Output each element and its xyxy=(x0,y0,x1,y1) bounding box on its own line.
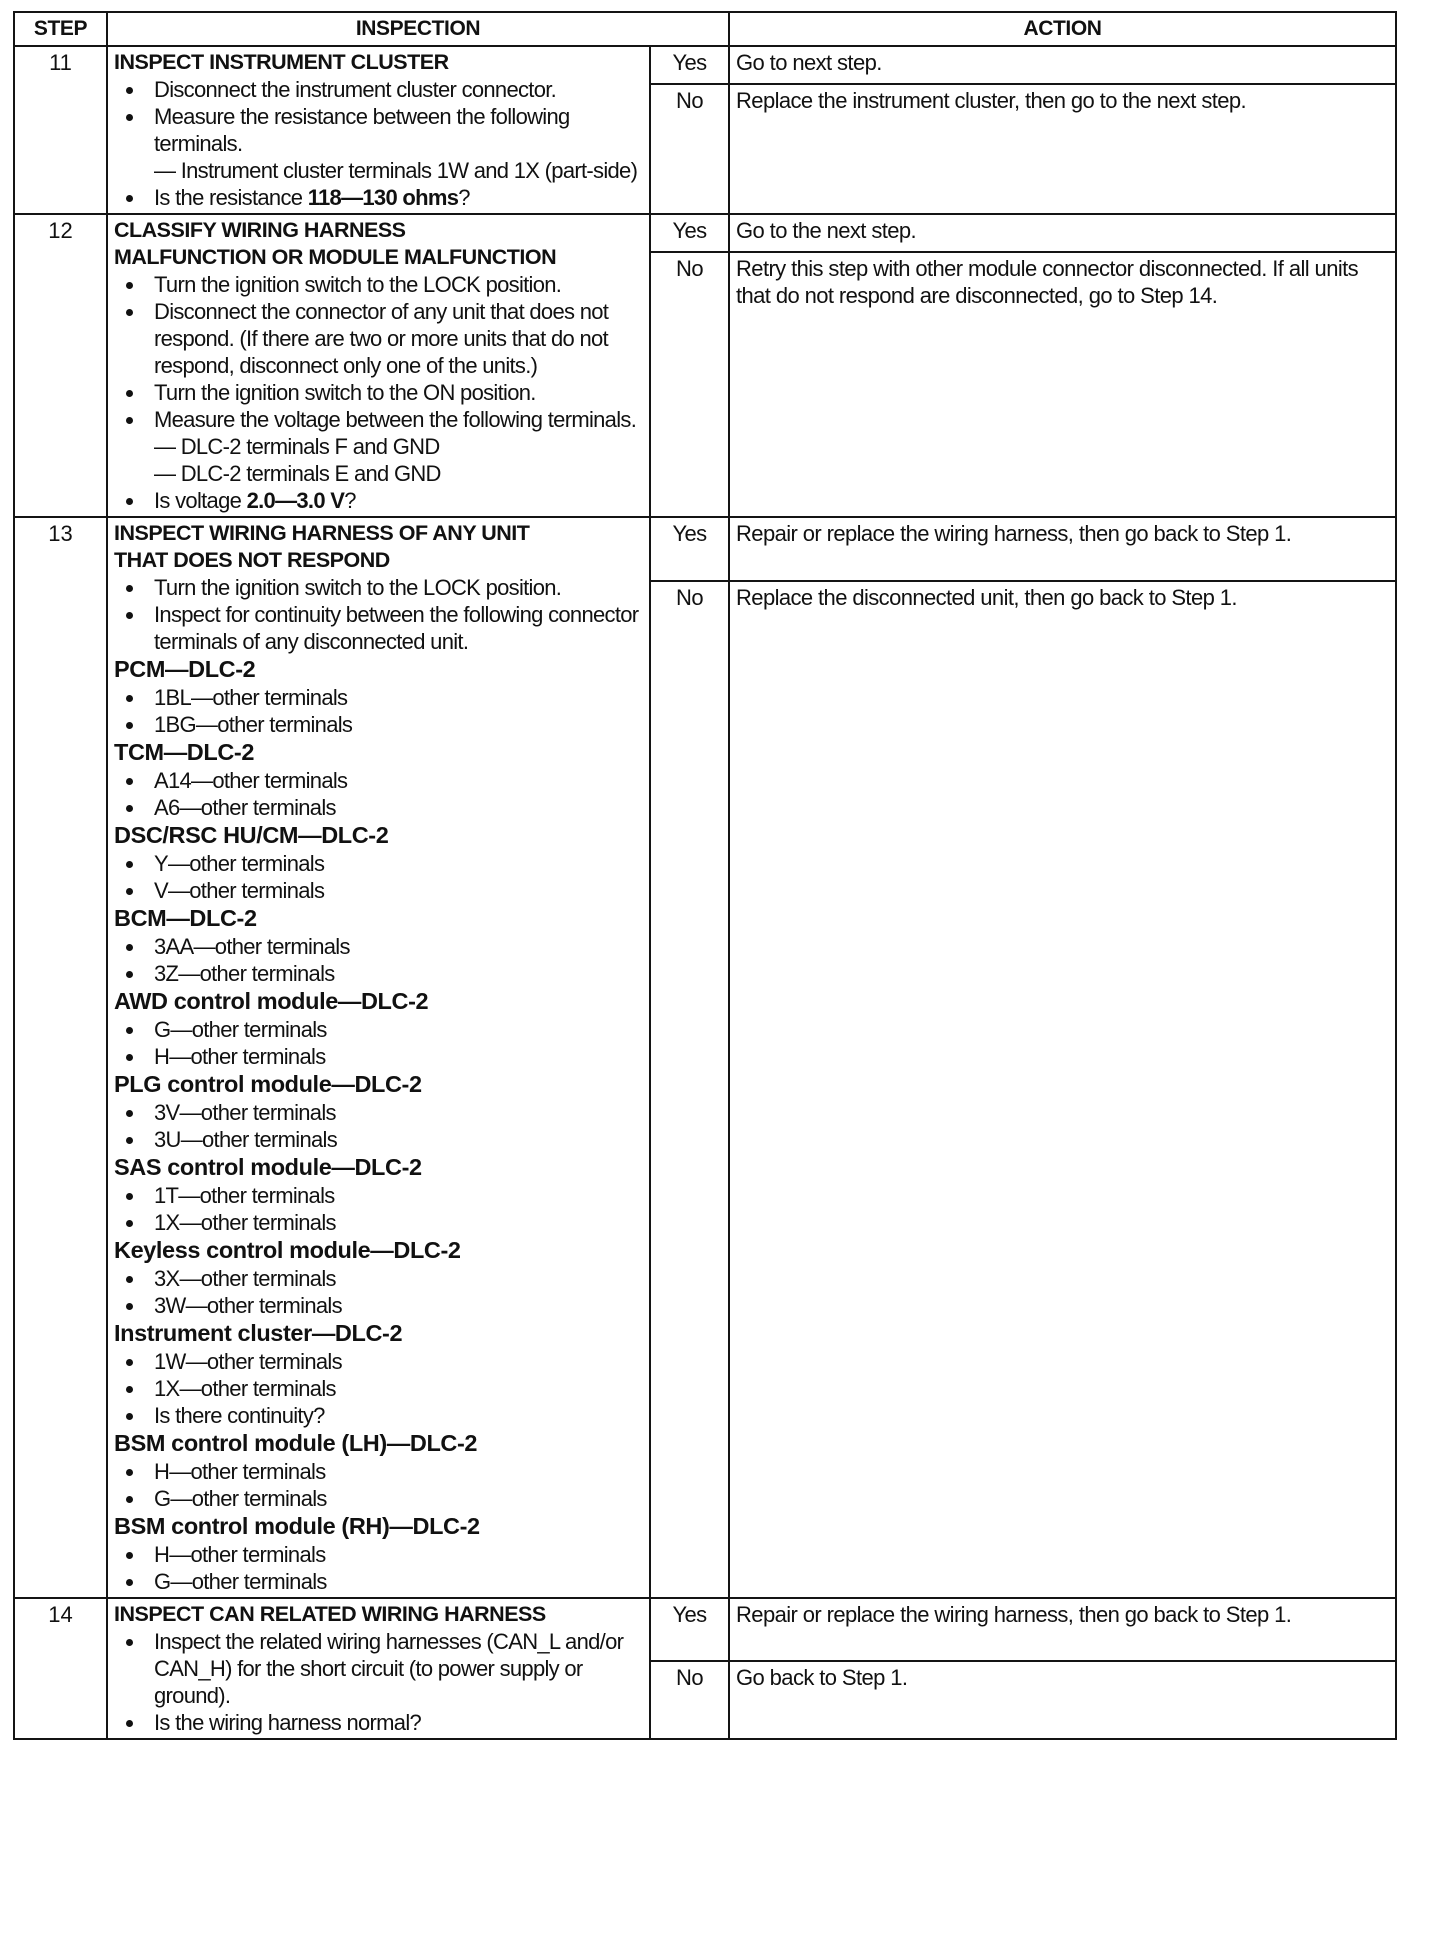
bullet-icon xyxy=(126,805,133,812)
step-number: 12 xyxy=(14,214,107,517)
terminal-group-title: SAS control module—DLC-2 xyxy=(114,1153,645,1182)
list-item: 3W—other terminals xyxy=(114,1292,645,1319)
list-item: 1X—other terminals xyxy=(114,1209,645,1236)
yes-label: Yes xyxy=(650,214,729,252)
inspection-title: THAT DOES NOT RESPOND xyxy=(114,547,645,574)
list-item: Turn the ignition switch to the LOCK pos… xyxy=(114,271,645,298)
terminal-group-title: Instrument cluster—DLC-2 xyxy=(114,1319,645,1348)
inspection-title: INSPECT INSTRUMENT CLUSTER xyxy=(114,49,645,76)
bullet-icon xyxy=(126,778,133,785)
no-label: No xyxy=(650,252,729,517)
list-item: 1W—other terminals xyxy=(114,1348,645,1375)
yes-label: Yes xyxy=(650,46,729,84)
list-item: 1T—other terminals xyxy=(114,1182,645,1209)
list-item: 1BL—other terminals xyxy=(114,684,645,711)
table-row-step-13-yes: 13 INSPECT WIRING HARNESS OF ANY UNIT TH… xyxy=(14,517,1396,581)
terminal-groups: PCM—DLC-21BL—other terminals1BG—other te… xyxy=(114,655,645,1595)
bullet-icon xyxy=(126,722,133,729)
bullet-icon xyxy=(126,585,133,592)
list-item: Is the resistance 118—130 ohms? xyxy=(114,184,645,211)
sub-item: — Instrument cluster terminals 1W and 1X… xyxy=(154,157,645,184)
bullet-icon xyxy=(126,1552,133,1559)
terminal-group-items: G—other terminalsH—other terminals xyxy=(114,1016,645,1070)
yes-label: Yes xyxy=(650,517,729,581)
inspection-bullets: Turn the ignition switch to the LOCK pos… xyxy=(114,271,645,514)
no-label: No xyxy=(650,84,729,214)
step-number: 13 xyxy=(14,517,107,1598)
terminal-group-items: 3V—other terminals3U—other terminals xyxy=(114,1099,645,1153)
yes-action: Repair or replace the wiring harness, th… xyxy=(729,517,1396,581)
list-item: H—other terminals xyxy=(114,1458,645,1485)
list-item: Is voltage 2.0—3.0 V? xyxy=(114,487,645,514)
bullet-icon xyxy=(126,1579,133,1586)
no-label: No xyxy=(650,1661,729,1739)
terminal-group-items: 1T—other terminals1X—other terminals xyxy=(114,1182,645,1236)
list-item: 3V—other terminals xyxy=(114,1099,645,1126)
bullet-icon xyxy=(126,1220,133,1227)
terminal-group-title: BSM control module (RH)—DLC-2 xyxy=(114,1512,645,1541)
list-item: 3AA—other terminals xyxy=(114,933,645,960)
list-item: Measure the voltage between the followin… xyxy=(114,406,645,487)
header-step: STEP xyxy=(14,12,107,46)
bullet-icon xyxy=(126,612,133,619)
yes-action: Go to next step. xyxy=(729,46,1396,84)
bullet-icon xyxy=(126,1359,133,1366)
bullet-icon xyxy=(126,390,133,397)
list-item: H—other terminals xyxy=(114,1541,645,1568)
step-number: 14 xyxy=(14,1598,107,1739)
table-row-step-11-yes: 11 INSPECT INSTRUMENT CLUSTER Disconnect… xyxy=(14,46,1396,84)
list-item: G—other terminals xyxy=(114,1568,645,1595)
header-action: ACTION xyxy=(729,12,1396,46)
bullet-icon xyxy=(126,1027,133,1034)
no-action: Replace the instrument cluster, then go … xyxy=(729,84,1396,214)
diagnostic-procedure-table: STEP INSPECTION ACTION 11 INSPECT INSTRU… xyxy=(13,11,1397,1740)
inspection-bullets: Disconnect the instrument cluster connec… xyxy=(114,76,645,211)
bullet-icon xyxy=(126,888,133,895)
terminal-group-items: H—other terminalsG—other terminals xyxy=(114,1541,645,1595)
list-item: 3X—other terminals xyxy=(114,1265,645,1292)
list-item: G—other terminals xyxy=(114,1016,645,1043)
bullet-icon xyxy=(126,695,133,702)
terminal-group-title: BSM control module (LH)—DLC-2 xyxy=(114,1429,645,1458)
bullet-icon xyxy=(126,195,133,202)
list-item: A6—other terminals xyxy=(114,794,645,821)
procedure-page: STEP INSPECTION ACTION 11 INSPECT INSTRU… xyxy=(13,11,1395,1740)
list-item: Turn the ignition switch to the ON posit… xyxy=(114,379,645,406)
list-item: V—other terminals xyxy=(114,877,645,904)
bullet-icon xyxy=(126,309,133,316)
inspection-title: INSPECT CAN RELATED WIRING HARNESS xyxy=(114,1601,645,1628)
list-item: 1BG—other terminals xyxy=(114,711,645,738)
yes-action: Repair or replace the wiring harness, th… xyxy=(729,1598,1396,1661)
terminal-group-title: BCM—DLC-2 xyxy=(114,904,645,933)
terminal-group-items: Y—other terminalsV—other terminals xyxy=(114,850,645,904)
inspection-title: INSPECT WIRING HARNESS OF ANY UNIT xyxy=(114,520,645,547)
sub-item: — DLC-2 terminals F and GND xyxy=(154,433,645,460)
list-item: A14—other terminals xyxy=(114,767,645,794)
bullet-icon xyxy=(126,1496,133,1503)
terminal-group-title: PLG control module—DLC-2 xyxy=(114,1070,645,1099)
header-inspection: INSPECTION xyxy=(107,12,729,46)
terminal-group-title: PCM—DLC-2 xyxy=(114,655,645,684)
list-item: Inspect for continuity between the follo… xyxy=(114,601,645,655)
list-item: Y—other terminals xyxy=(114,850,645,877)
no-action: Replace the disconnected unit, then go b… xyxy=(729,581,1396,1598)
bullet-icon xyxy=(126,861,133,868)
yes-action: Go to the next step. xyxy=(729,214,1396,252)
inspection-cell: INSPECT WIRING HARNESS OF ANY UNIT THAT … xyxy=(107,517,650,1598)
list-item: Is the wiring harness normal? xyxy=(114,1709,645,1736)
inspection-cell: INSPECT CAN RELATED WIRING HARNESS Inspe… xyxy=(107,1598,650,1739)
terminal-group-items: 1W—other terminals1X—other terminalsIs t… xyxy=(114,1348,645,1429)
inspection-title: CLASSIFY WIRING HARNESS xyxy=(114,217,645,244)
bullet-icon xyxy=(126,1413,133,1420)
inspection-bullets: Turn the ignition switch to the LOCK pos… xyxy=(114,574,645,655)
terminal-group-items: 1BL—other terminals1BG—other terminals xyxy=(114,684,645,738)
bullet-icon xyxy=(126,1720,133,1727)
list-item: Turn the ignition switch to the LOCK pos… xyxy=(114,574,645,601)
inspection-bullets: Inspect the related wiring harnesses (CA… xyxy=(114,1628,645,1736)
bullet-icon xyxy=(126,1110,133,1117)
list-item: G—other terminals xyxy=(114,1485,645,1512)
list-item: 1X—other terminals xyxy=(114,1375,645,1402)
bullet-icon xyxy=(126,944,133,951)
list-item: Disconnect the instrument cluster connec… xyxy=(114,76,645,103)
bullet-icon xyxy=(126,282,133,289)
bullet-icon xyxy=(126,1137,133,1144)
spec-value: 2.0—3.0 V xyxy=(247,488,345,513)
sub-item: — DLC-2 terminals E and GND xyxy=(154,460,645,487)
step-number: 11 xyxy=(14,46,107,214)
terminal-group-items: A14—other terminalsA6—other terminals xyxy=(114,767,645,821)
bullet-icon xyxy=(126,87,133,94)
inspection-cell: CLASSIFY WIRING HARNESS MALFUNCTION OR M… xyxy=(107,214,650,517)
bullet-icon xyxy=(126,498,133,505)
spec-value: 118—130 ohms xyxy=(308,185,459,210)
bullet-icon xyxy=(126,1193,133,1200)
inspection-title: MALFUNCTION OR MODULE MALFUNCTION xyxy=(114,244,645,271)
terminal-group-title: Keyless control module—DLC-2 xyxy=(114,1236,645,1265)
list-item: Is there continuity? xyxy=(114,1402,645,1429)
list-item: Disconnect the connector of any unit tha… xyxy=(114,298,645,379)
table-row-step-12-yes: 12 CLASSIFY WIRING HARNESS MALFUNCTION O… xyxy=(14,214,1396,252)
list-item: 3Z—other terminals xyxy=(114,960,645,987)
bullet-icon xyxy=(126,1276,133,1283)
inspection-cell: INSPECT INSTRUMENT CLUSTER Disconnect th… xyxy=(107,46,650,214)
no-action: Go back to Step 1. xyxy=(729,1661,1396,1739)
terminal-group-title: DSC/RSC HU/CM—DLC-2 xyxy=(114,821,645,850)
table-row-step-14-yes: 14 INSPECT CAN RELATED WIRING HARNESS In… xyxy=(14,1598,1396,1661)
bullet-icon xyxy=(126,1303,133,1310)
bullet-icon xyxy=(126,1639,133,1646)
list-item: H—other terminals xyxy=(114,1043,645,1070)
terminal-group-items: H—other terminalsG—other terminals xyxy=(114,1458,645,1512)
bullet-icon xyxy=(126,1469,133,1476)
list-item: Measure the resistance between the follo… xyxy=(114,103,645,184)
no-action: Retry this step with other module connec… xyxy=(729,252,1396,517)
terminal-group-title: TCM—DLC-2 xyxy=(114,738,645,767)
terminal-group-items: 3X—other terminals3W—other terminals xyxy=(114,1265,645,1319)
bullet-icon xyxy=(126,114,133,121)
bullet-icon xyxy=(126,1386,133,1393)
terminal-group-title: AWD control module—DLC-2 xyxy=(114,987,645,1016)
list-item: 3U—other terminals xyxy=(114,1126,645,1153)
no-label: No xyxy=(650,581,729,1598)
yes-label: Yes xyxy=(650,1598,729,1661)
bullet-icon xyxy=(126,417,133,424)
table-header-row: STEP INSPECTION ACTION xyxy=(14,12,1396,46)
bullet-icon xyxy=(126,971,133,978)
list-item: Inspect the related wiring harnesses (CA… xyxy=(114,1628,645,1709)
terminal-group-items: 3AA—other terminals3Z—other terminals xyxy=(114,933,645,987)
bullet-icon xyxy=(126,1054,133,1061)
